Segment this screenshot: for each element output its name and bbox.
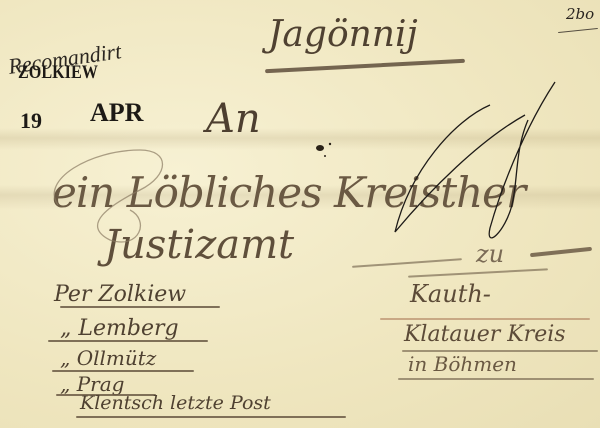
letter-cover: Recomandirt ZOLKIEW 19 APR 2bo Jagönnij … — [0, 0, 600, 428]
pen-flourishes — [0, 0, 600, 428]
